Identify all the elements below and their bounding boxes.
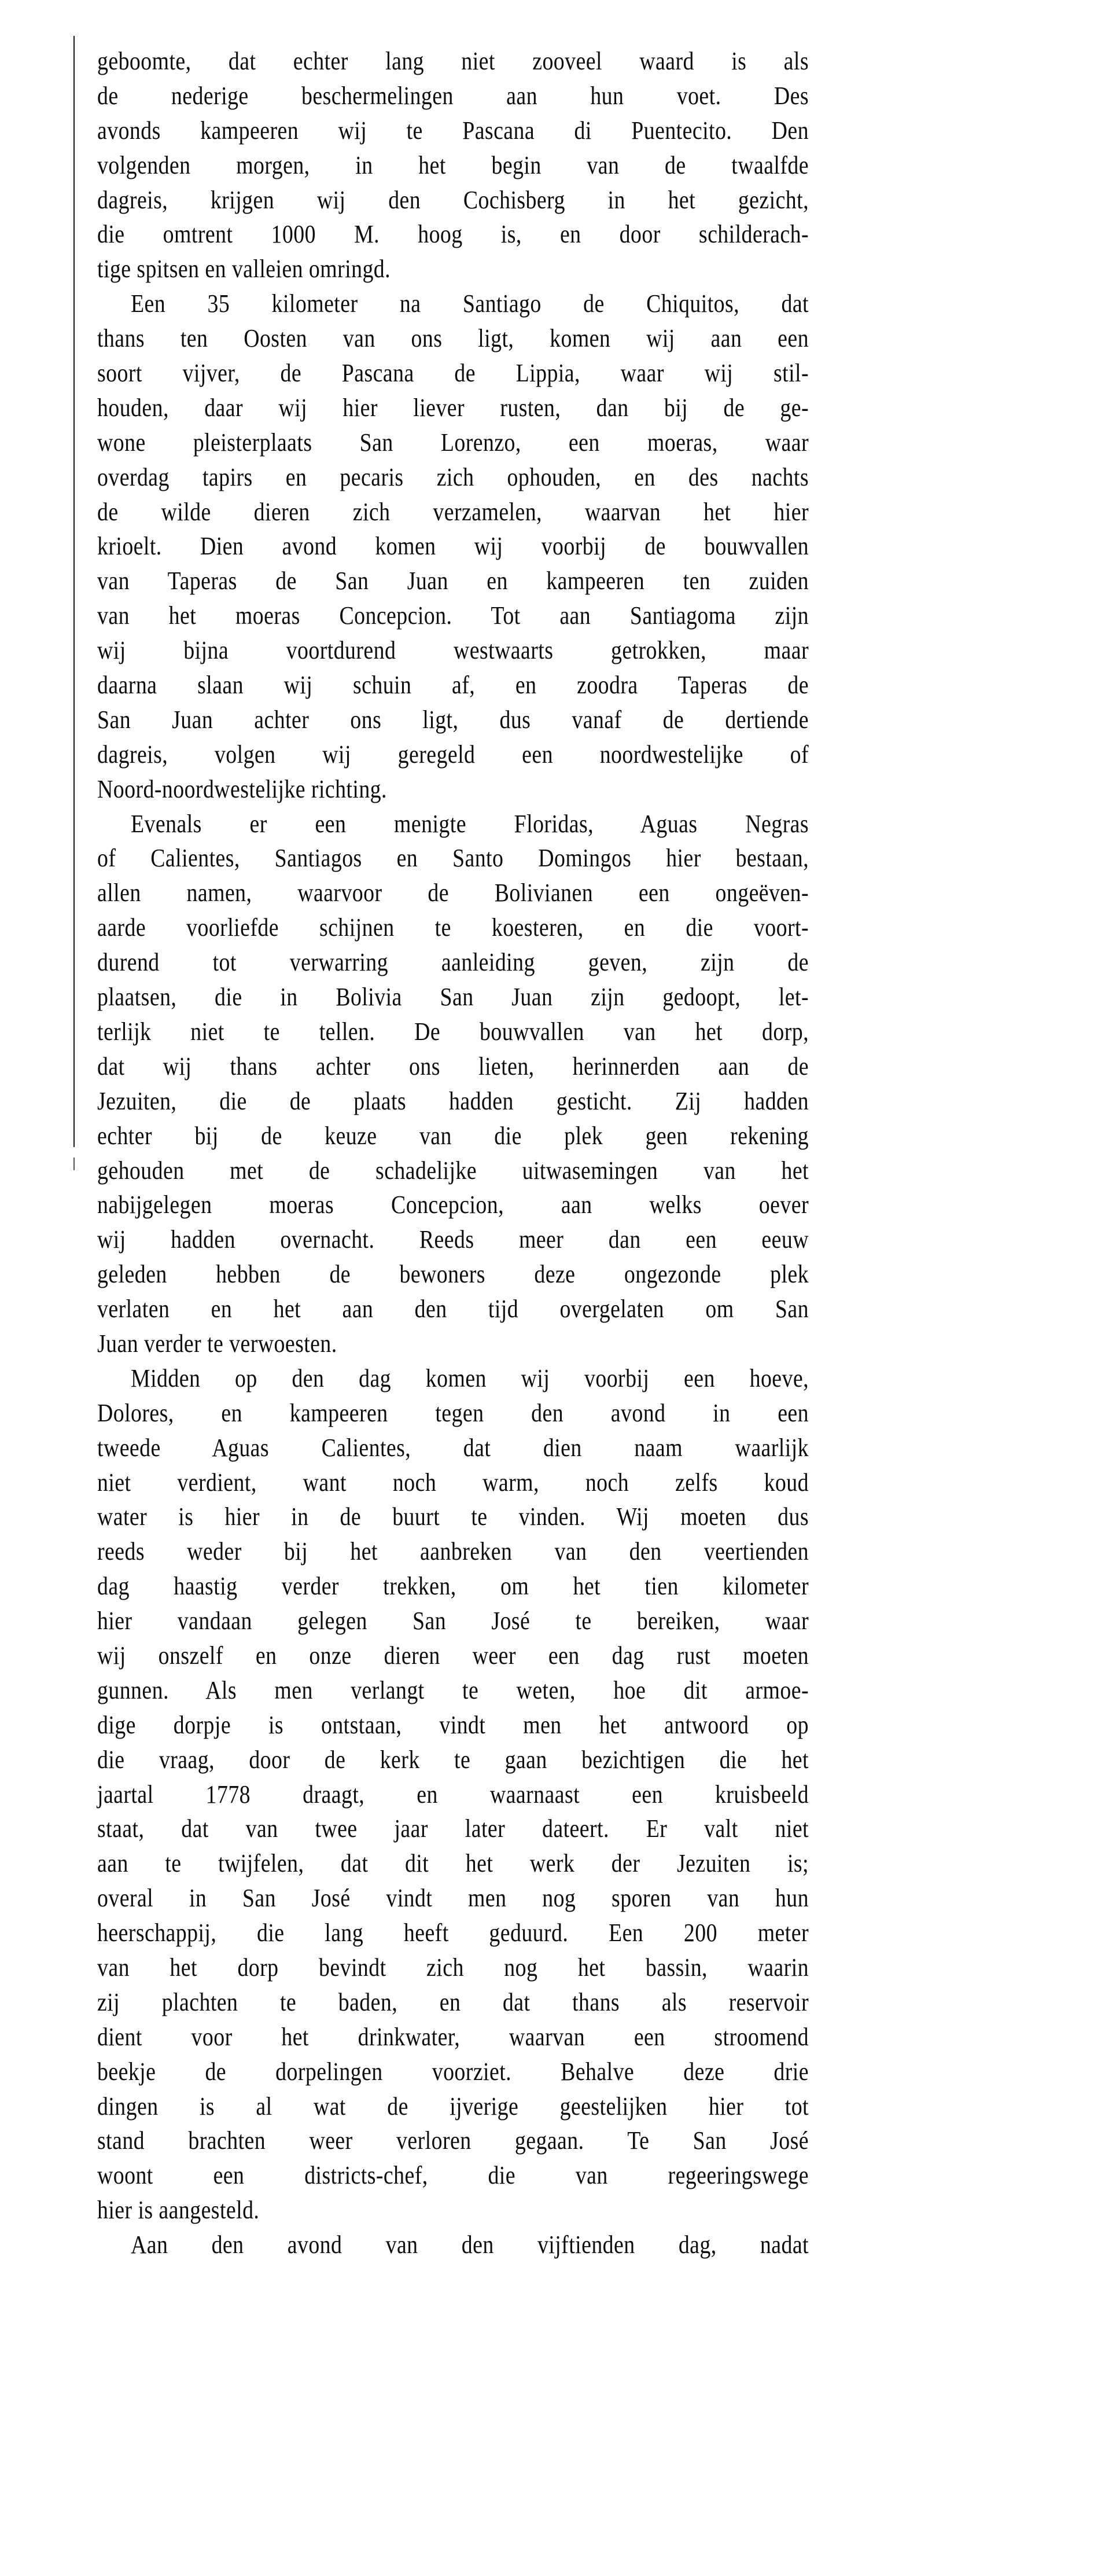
line-text: terlijk niet te tellen. De bouwvallen va…	[97, 1015, 809, 1049]
line-text: thans ten Oosten van ons ligt, komen wij…	[97, 321, 809, 356]
line-text: dagreis, krijgen wij den Cochisberg in h…	[97, 183, 809, 218]
text-line: terlijk niet te tellen. De bouwvallen va…	[97, 1015, 809, 1049]
line-text: echter bij de keuze van die plek geen re…	[97, 1119, 809, 1153]
text-line: dat wij thans achter ons lieten, herinne…	[97, 1049, 809, 1084]
line-text: beekje de dorpelingen voorziet. Behalve …	[97, 2055, 809, 2089]
paragraph: Aan den avond van den vijftienden dag, n…	[97, 2228, 809, 2262]
text-line: van het dorp bevindt zich nog het bassin…	[97, 1950, 809, 1985]
line-text: wij onszelf en onze dieren weer een dag …	[97, 1638, 809, 1673]
scanned-book-page: geboomte, dat echter lang niet zooveel w…	[0, 0, 1116, 2576]
text-line: of Calientes, Santiagos en Santo Domingo…	[97, 841, 809, 876]
text-line: Dolores, en kampeeren tegen den avond in…	[97, 1396, 809, 1431]
text-line: Evenals er een menigte Floridas, Aguas N…	[97, 807, 809, 841]
line-text: krioelt. Dien avond komen wij voorbij de…	[97, 529, 809, 564]
text-line: woont een districts-chef, die van regeer…	[97, 2158, 809, 2193]
line-text: San Juan achter ons ligt, dus vanaf de d…	[97, 703, 809, 737]
line-text: of Calientes, Santiagos en Santo Domingo…	[97, 841, 809, 876]
line-text: Evenals er een menigte Floridas, Aguas N…	[97, 807, 809, 841]
text-line: San Juan achter ons ligt, dus vanaf de d…	[97, 703, 809, 737]
line-text: Een 35 kilometer na Santiago de Chiquito…	[97, 286, 809, 321]
line-text: gehouden met de schadelijke uitwaseminge…	[97, 1153, 809, 1188]
text-line: durend tot verwarring aanleiding geven, …	[97, 945, 809, 980]
line-text: aarde voorliefde schijnen te koesteren, …	[97, 910, 809, 945]
text-line: jaartal 1778 draagt, en waarnaast een kr…	[97, 1777, 809, 1812]
text-line: Juan verder te verwoesten.	[97, 1326, 809, 1361]
text-line: geleden hebben de bewoners deze ongezond…	[97, 1257, 809, 1292]
text-line: verlaten en het aan den tijd overgelaten…	[97, 1292, 809, 1326]
text-line: de wilde dieren zich verzamelen, waarvan…	[97, 495, 809, 530]
paragraph: Een 35 kilometer na Santiago de Chiquito…	[97, 286, 809, 806]
line-text: geboomte, dat echter lang niet zooveel w…	[97, 44, 809, 79]
text-line: beekje de dorpelingen voorziet. Behalve …	[97, 2055, 809, 2089]
text-line: stand brachten weer verloren gegaan. Te …	[97, 2123, 809, 2158]
line-text: staat, dat van twee jaar later dateert. …	[97, 1811, 809, 1846]
line-text: dagreis, volgen wij geregeld een noordwe…	[97, 737, 809, 772]
line-text: water is hier in de buurt te vinden. Wij…	[97, 1500, 809, 1534]
text-line: wij onszelf en onze dieren weer een dag …	[97, 1638, 809, 1673]
line-text: nabijgelegen moeras Concepcion, aan welk…	[97, 1188, 809, 1222]
text-line: plaatsen, die in Bolivia San Juan zijn g…	[97, 980, 809, 1015]
text-line: water is hier in de buurt te vinden. Wij…	[97, 1500, 809, 1534]
line-text: de wilde dieren zich verzamelen, waarvan…	[97, 495, 809, 530]
line-text: niet verdient, want noch warm, noch zelf…	[97, 1465, 809, 1500]
text-line: volgenden morgen, in het begin van de tw…	[97, 148, 809, 183]
text-line: thans ten Oosten van ons ligt, komen wij…	[97, 321, 809, 356]
line-text: wone pleisterplaats San Lorenzo, een moe…	[97, 425, 809, 460]
text-line: dient voor het drinkwater, waarvan een s…	[97, 2020, 809, 2055]
text-line: dagreis, volgen wij geregeld een noordwe…	[97, 737, 809, 772]
line-text: van Taperas de San Juan en kampeeren ten…	[97, 564, 809, 598]
line-text: van het dorp bevindt zich nog het bassin…	[97, 1950, 809, 1985]
text-line: soort vijver, de Pascana de Lippia, waar…	[97, 356, 809, 391]
line-text: Aan den avond van den vijftienden dag, n…	[97, 2228, 809, 2262]
line-text: verlaten en het aan den tijd overgelaten…	[97, 1292, 809, 1326]
line-text: daarna slaan wij schuin af, en zoodra Ta…	[97, 668, 809, 703]
line-text: dingen is al wat de ijverige geestelijke…	[97, 2089, 809, 2124]
line-text: aan te twijfelen, dat dit het werk der J…	[97, 1846, 809, 1881]
text-line: van het moeras Concepcion. Tot aan Santi…	[97, 598, 809, 633]
text-line: Aan den avond van den vijftienden dag, n…	[97, 2228, 809, 2262]
line-text: reeds weder bij het aanbreken van den ve…	[97, 1534, 809, 1569]
text-line: Midden op den dag komen wij voorbij een …	[97, 1361, 809, 1396]
text-line: echter bij de keuze van die plek geen re…	[97, 1119, 809, 1153]
line-text: avonds kampeeren wij te Pascana di Puent…	[97, 113, 809, 148]
line-text: houden, daar wij hier liever rusten, dan…	[97, 391, 809, 425]
line-text: die vraag, door de kerk te gaan bezichti…	[97, 1743, 809, 1777]
line-text: Midden op den dag komen wij voorbij een …	[97, 1361, 809, 1396]
text-line: dingen is al wat de ijverige geestelijke…	[97, 2089, 809, 2124]
text-line: zij plachten te baden, en dat thans als …	[97, 1985, 809, 2020]
line-text: plaatsen, die in Bolivia San Juan zijn g…	[97, 980, 809, 1015]
text-line: niet verdient, want noch warm, noch zelf…	[97, 1465, 809, 1500]
line-text: soort vijver, de Pascana de Lippia, waar…	[97, 356, 809, 391]
margin-rule	[73, 36, 75, 1147]
line-text: Dolores, en kampeeren tegen den avond in…	[97, 1396, 809, 1431]
margin-rule-fragment	[73, 1157, 75, 1170]
text-line: van Taperas de San Juan en kampeeren ten…	[97, 564, 809, 598]
text-line: dag haastig verder trekken, om het tien …	[97, 1569, 809, 1604]
text-line: aan te twijfelen, dat dit het werk der J…	[97, 1846, 809, 1881]
text-line: reeds weder bij het aanbreken van den ve…	[97, 1534, 809, 1569]
line-text: Juan verder te verwoesten.	[97, 1326, 809, 1361]
body-text: geboomte, dat echter lang niet zooveel w…	[97, 44, 809, 2262]
line-text: tweede Aguas Calientes, dat dien naam wa…	[97, 1431, 809, 1465]
line-text: Noord-noordwestelijke richting.	[97, 772, 809, 807]
paragraph: Midden op den dag komen wij voorbij een …	[97, 1361, 809, 2228]
text-line: staat, dat van twee jaar later dateert. …	[97, 1811, 809, 1846]
line-text: hier is aangesteld.	[97, 2193, 809, 2228]
paragraph: Evenals er een menigte Floridas, Aguas N…	[97, 807, 809, 1361]
line-text: wij bijna voortdurend westwaarts getrokk…	[97, 633, 809, 668]
text-line: hier is aangesteld.	[97, 2193, 809, 2228]
line-text: overal in San José vindt men nog sporen …	[97, 1881, 809, 1916]
text-line: heerschappij, die lang heeft geduurd. Ee…	[97, 1916, 809, 1950]
line-text: hier vandaan gelegen San José te bereike…	[97, 1604, 809, 1638]
text-line: die omtrent 1000 M. hoog is, en door sch…	[97, 217, 809, 252]
text-line: nabijgelegen moeras Concepcion, aan welk…	[97, 1188, 809, 1222]
line-text: dient voor het drinkwater, waarvan een s…	[97, 2020, 809, 2055]
line-text: dag haastig verder trekken, om het tien …	[97, 1569, 809, 1604]
line-text: wij hadden overnacht. Reeds meer dan een…	[97, 1222, 809, 1257]
line-text: die omtrent 1000 M. hoog is, en door sch…	[97, 217, 809, 252]
text-line: wij hadden overnacht. Reeds meer dan een…	[97, 1222, 809, 1257]
text-line: gehouden met de schadelijke uitwaseminge…	[97, 1153, 809, 1188]
paragraph: geboomte, dat echter lang niet zooveel w…	[97, 44, 809, 286]
text-line: Jezuiten, die de plaats hadden gesticht.…	[97, 1084, 809, 1119]
text-line: wij bijna voortdurend westwaarts getrokk…	[97, 633, 809, 668]
line-text: overdag tapirs en pecaris zich ophouden,…	[97, 460, 809, 495]
text-line: dige dorpje is ontstaan, vindt men het a…	[97, 1708, 809, 1743]
text-line: aarde voorliefde schijnen te koesteren, …	[97, 910, 809, 945]
text-line: hier vandaan gelegen San José te bereike…	[97, 1604, 809, 1638]
line-text: gunnen. Als men verlangt te weten, hoe d…	[97, 1673, 809, 1708]
text-line: gunnen. Als men verlangt te weten, hoe d…	[97, 1673, 809, 1708]
text-line: overdag tapirs en pecaris zich ophouden,…	[97, 460, 809, 495]
line-text: geleden hebben de bewoners deze ongezond…	[97, 1257, 809, 1292]
text-line: Noord-noordwestelijke richting.	[97, 772, 809, 807]
line-text: Jezuiten, die de plaats hadden gesticht.…	[97, 1084, 809, 1119]
line-text: zij plachten te baden, en dat thans als …	[97, 1985, 809, 2020]
line-text: dat wij thans achter ons lieten, herinne…	[97, 1049, 809, 1084]
line-text: tige spitsen en valleien omringd.	[97, 252, 809, 286]
text-line: tige spitsen en valleien omringd.	[97, 252, 809, 286]
text-line: wone pleisterplaats San Lorenzo, een moe…	[97, 425, 809, 460]
text-line: daarna slaan wij schuin af, en zoodra Ta…	[97, 668, 809, 703]
line-text: heerschappij, die lang heeft geduurd. Ee…	[97, 1916, 809, 1950]
line-text: dige dorpje is ontstaan, vindt men het a…	[97, 1708, 809, 1743]
text-line: overal in San José vindt men nog sporen …	[97, 1881, 809, 1916]
text-line: tweede Aguas Calientes, dat dien naam wa…	[97, 1431, 809, 1465]
line-text: de nederige beschermelingen aan hun voet…	[97, 79, 809, 113]
text-line: dagreis, krijgen wij den Cochisberg in h…	[97, 183, 809, 218]
text-line: geboomte, dat echter lang niet zooveel w…	[97, 44, 809, 79]
line-text: allen namen, waarvoor de Bolivianen een …	[97, 876, 809, 910]
line-text: woont een districts-chef, die van regeer…	[97, 2158, 809, 2193]
text-line: houden, daar wij hier liever rusten, dan…	[97, 391, 809, 425]
line-text: van het moeras Concepcion. Tot aan Santi…	[97, 598, 809, 633]
line-text: volgenden morgen, in het begin van de tw…	[97, 148, 809, 183]
line-text: stand brachten weer verloren gegaan. Te …	[97, 2123, 809, 2158]
text-line: avonds kampeeren wij te Pascana di Puent…	[97, 113, 809, 148]
text-line: Een 35 kilometer na Santiago de Chiquito…	[97, 286, 809, 321]
line-text: jaartal 1778 draagt, en waarnaast een kr…	[97, 1777, 809, 1812]
text-line: krioelt. Dien avond komen wij voorbij de…	[97, 529, 809, 564]
text-line: allen namen, waarvoor de Bolivianen een …	[97, 876, 809, 910]
text-line: de nederige beschermelingen aan hun voet…	[97, 79, 809, 113]
text-line: die vraag, door de kerk te gaan bezichti…	[97, 1743, 809, 1777]
line-text: durend tot verwarring aanleiding geven, …	[97, 945, 809, 980]
